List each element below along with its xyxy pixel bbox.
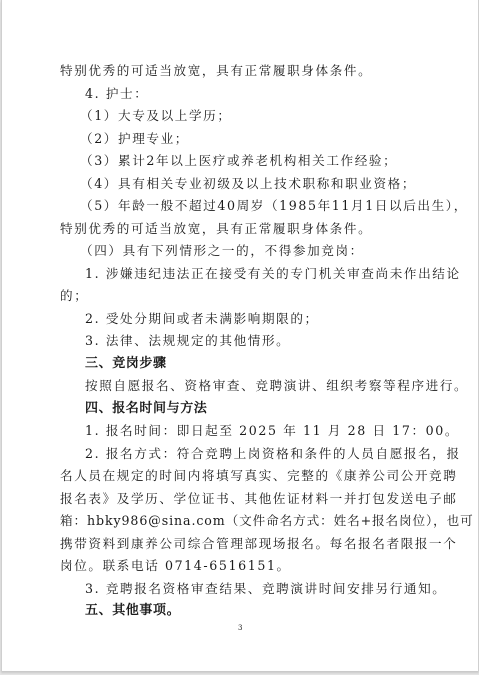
subsection-heading-nurse: 4. 护士：	[85, 84, 148, 104]
paragraph-line: 报名表》及学历、学位证书、其他佐证材料一并打包发送电子邮	[60, 489, 457, 509]
paragraph-line: 按照自愿报名、资格审查、竞聘演讲、组织考察等程序进行。	[85, 376, 468, 396]
list-item: （1）大专及以上学历；	[80, 106, 232, 126]
section-heading-steps: 三、竞岗步骤	[85, 354, 167, 374]
list-item: （5）年龄一般不超过40周岁（1985年11月1日以后出生），	[80, 196, 468, 216]
list-item: （3）累计2年以上医疗或养老机构相关工作经验；	[80, 151, 397, 171]
paragraph-line: 名人员在规定的时间内将填写真实、完整的《康养公司公开竞聘	[60, 466, 457, 486]
document-page: 特别优秀的可适当放宽，具有正常履职身体条件。 4. 护士： （1）大专及以上学历…	[1, 0, 479, 671]
paragraph-line: 特别优秀的可适当放宽，具有正常履职身体条件。	[60, 61, 372, 81]
page-number: 3	[238, 624, 242, 632]
list-item: 3. 法律、法规规定的其他情形。	[85, 331, 290, 351]
paragraph-line-phone: 岗位。联系电话 0714-6516151。	[60, 556, 291, 576]
paragraph-line: 特别优秀的可适当放宽，具有正常履职身体条件。	[60, 219, 372, 239]
paragraph-line: 的；	[60, 286, 88, 306]
subsection-heading-exclusions: （四）具有下列情形之一的，不得参加竞岗：	[80, 241, 364, 261]
paragraph-line: 携带资料到康养公司综合管理部现场报名。每名报名者限报一个	[60, 534, 457, 554]
list-item: 3. 竞聘报名资格审查结果、竞聘演讲时间安排另行通知。	[85, 579, 446, 599]
list-item: 1. 报名时间：即日起至 2025 年 11 月 28 日 17：00。	[85, 421, 459, 441]
list-item: （4）具有相关专业初级及以上技术职称和职业资格；	[80, 174, 416, 194]
list-item: （2）护理专业；	[80, 129, 189, 149]
list-item: 1. 涉嫌违纪违法正在接受有关的专门机关审查尚未作出结论	[85, 264, 461, 284]
list-item: 2. 受处分期间或者未满影响期限的；	[85, 309, 319, 329]
list-item: 2. 报名方式：符合竞聘上岗资格和条件的人员自愿报名，报	[85, 444, 461, 464]
section-heading-registration: 四、报名时间与方法	[85, 399, 207, 419]
paragraph-line-email: 箱：hbky986@sina.com（文件命名方式：姓名+报名岗位），也可	[60, 511, 474, 531]
section-heading-other: 五、其他事项。	[85, 601, 180, 621]
